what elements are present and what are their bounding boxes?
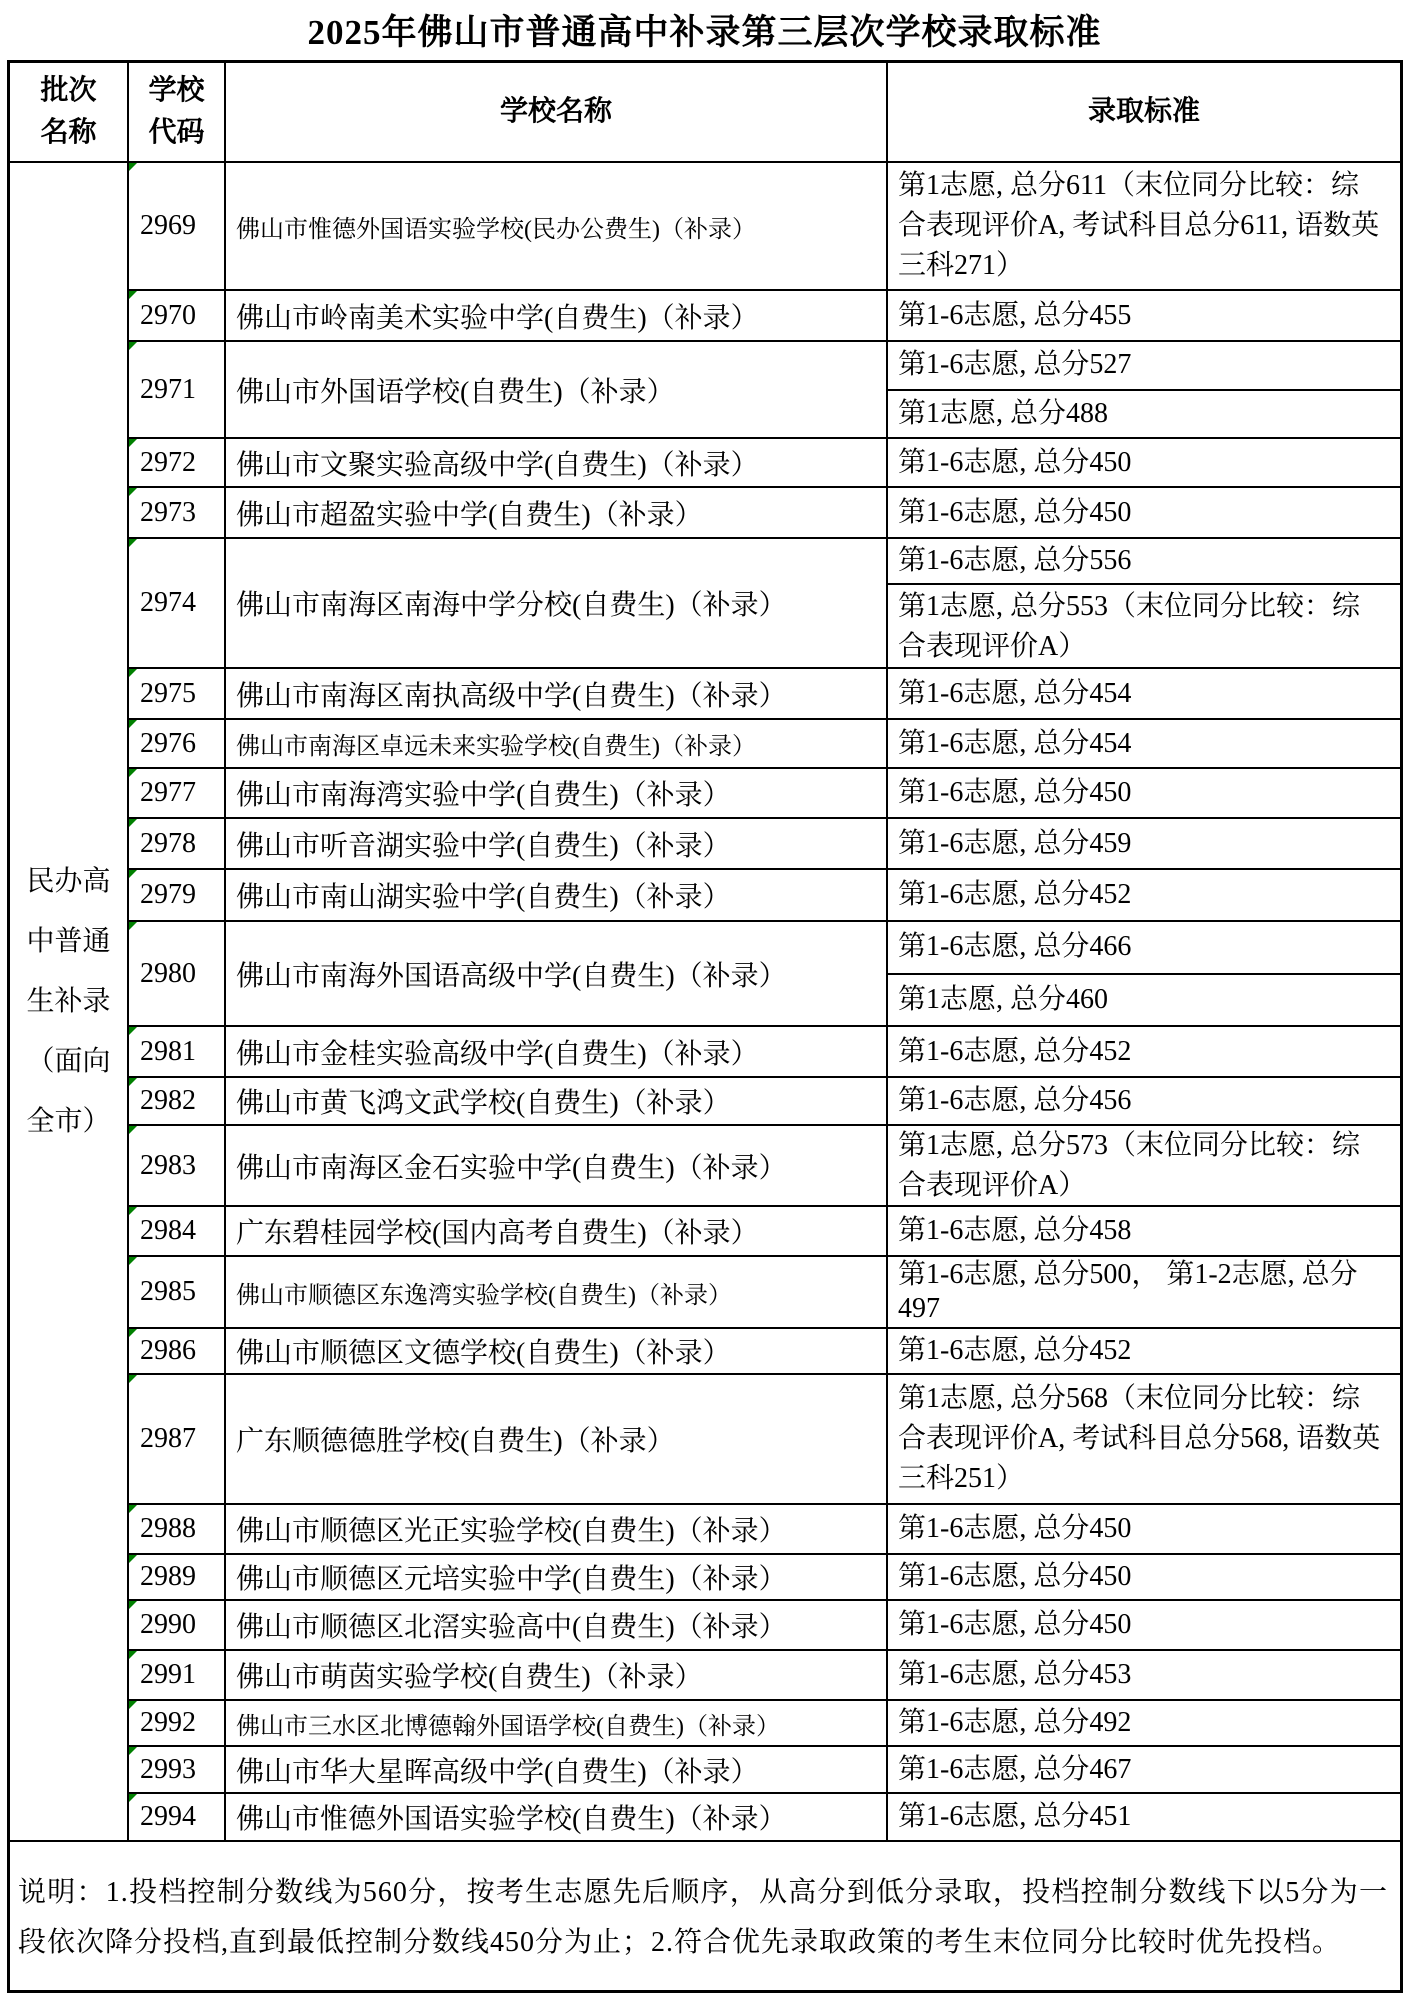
school-code-value: 2978 bbox=[140, 828, 196, 860]
cell-flag-icon bbox=[129, 342, 137, 350]
criteria-text: 第1志愿, 总分488 bbox=[888, 389, 1400, 438]
criteria-text: 第1-6志愿, 总分556 bbox=[888, 539, 1400, 583]
school-code-value: 2984 bbox=[140, 1215, 196, 1247]
school-name-cell: 佛山市南海区南执高级中学(自费生)（补录） bbox=[226, 669, 888, 718]
criteria-text: 第1-6志愿, 总分454 bbox=[888, 669, 1400, 718]
admission-criteria-cell: 第1-6志愿, 总分454 bbox=[888, 669, 1400, 718]
cell-flag-icon bbox=[129, 1747, 137, 1755]
table-row: 2983佛山市南海区金石实验中学(自费生)（补录）第1志愿, 总分573（末位同… bbox=[129, 1124, 1400, 1205]
school-code-value: 2990 bbox=[140, 1609, 196, 1641]
cell-flag-icon bbox=[129, 769, 137, 777]
cell-flag-icon bbox=[129, 1651, 137, 1659]
school-code-value: 2981 bbox=[140, 1036, 196, 1068]
school-code-cell: 2990 bbox=[129, 1601, 226, 1649]
school-code-value: 2971 bbox=[140, 374, 196, 406]
criteria-text: 第1志愿, 总分573（末位同分比较：综合表现评价A） bbox=[888, 1126, 1400, 1206]
school-code-value: 2977 bbox=[140, 777, 196, 809]
school-name-cell: 佛山市岭南美术实验中学(自费生)（补录） bbox=[226, 291, 888, 340]
admission-table: 批次 名称 学校 代码 学校名称 录取标准 民办高 中普通 生补录 （面向 全市… bbox=[7, 60, 1403, 1993]
page-title: 2025年佛山市普通高中补录第三层次学校录取标准 bbox=[0, 0, 1409, 60]
page: 2025年佛山市普通高中补录第三层次学校录取标准 批次 名称 学校 代码 学校名… bbox=[0, 0, 1409, 1993]
school-code-cell: 2992 bbox=[129, 1701, 226, 1745]
admission-criteria-cell: 第1-6志愿, 总分459 bbox=[888, 819, 1400, 868]
school-code-cell: 2972 bbox=[129, 439, 226, 486]
school-code-value: 2982 bbox=[140, 1085, 196, 1117]
criteria-text: 第1志愿, 总分568（末位同分比较：综合表现评价A, 考试科目总分568, 语… bbox=[888, 1375, 1400, 1503]
admission-criteria-cell: 第1-6志愿, 总分455 bbox=[888, 291, 1400, 340]
table-header-row: 批次 名称 学校 代码 学校名称 录取标准 bbox=[10, 63, 1400, 163]
school-name-cell: 佛山市听音湖实验中学(自费生)（补录） bbox=[226, 819, 888, 868]
school-code-value: 2969 bbox=[140, 210, 196, 242]
school-name-cell: 佛山市顺德区东逸湾实验学校(自费生)（补录） bbox=[226, 1257, 888, 1327]
school-code-value: 2985 bbox=[140, 1276, 196, 1308]
school-code-cell: 2974 bbox=[129, 539, 226, 667]
school-name-cell: 佛山市超盈实验中学(自费生)（补录） bbox=[226, 488, 888, 537]
criteria-text: 第1-6志愿, 总分452 bbox=[888, 1329, 1400, 1373]
header-batch-name: 批次 名称 bbox=[10, 63, 129, 161]
cell-flag-icon bbox=[129, 819, 137, 827]
school-code-cell: 2985 bbox=[129, 1257, 226, 1327]
school-code-value: 2975 bbox=[140, 678, 196, 710]
admission-criteria-cell: 第1-6志愿, 总分454 bbox=[888, 720, 1400, 767]
school-code-cell: 2991 bbox=[129, 1651, 226, 1699]
table-row: 2977佛山市南海湾实验中学(自费生)（补录）第1-6志愿, 总分450 bbox=[129, 767, 1400, 817]
admission-criteria-cell: 第1-6志愿, 总分556第1志愿, 总分553（末位同分比较：综合表现评价A） bbox=[888, 539, 1400, 667]
school-code-cell: 2976 bbox=[129, 720, 226, 767]
cell-flag-icon bbox=[129, 1207, 137, 1215]
cell-flag-icon bbox=[129, 163, 137, 171]
table-row: 2975佛山市南海区南执高级中学(自费生)（补录）第1-6志愿, 总分454 bbox=[129, 667, 1400, 718]
admission-criteria-cell: 第1-6志愿, 总分450 bbox=[888, 1555, 1400, 1599]
admission-criteria-cell: 第1-6志愿, 总分450 bbox=[888, 1505, 1400, 1553]
cell-flag-icon bbox=[129, 1078, 137, 1086]
cell-flag-icon bbox=[129, 669, 137, 677]
criteria-text: 第1-6志愿, 总分467 bbox=[888, 1747, 1400, 1792]
school-name-cell: 佛山市南海湾实验中学(自费生)（补录） bbox=[226, 769, 888, 817]
school-name-cell: 佛山市萌茵实验学校(自费生)（补录） bbox=[226, 1651, 888, 1699]
school-code-value: 2983 bbox=[140, 1150, 196, 1182]
table-row: 2981佛山市金桂实验高级中学(自费生)（补录）第1-6志愿, 总分452 bbox=[129, 1025, 1400, 1076]
cell-flag-icon bbox=[129, 1555, 137, 1563]
criteria-text: 第1-6志愿, 总分454 bbox=[888, 720, 1400, 767]
school-code-value: 2989 bbox=[140, 1561, 196, 1593]
criteria-text: 第1-6志愿, 总分450 bbox=[888, 769, 1400, 817]
table-row: 2988佛山市顺德区光正实验学校(自费生)（补录）第1-6志愿, 总分450 bbox=[129, 1503, 1400, 1553]
criteria-text: 第1-6志愿, 总分450 bbox=[888, 1601, 1400, 1649]
cell-flag-icon bbox=[129, 1375, 137, 1383]
cell-flag-icon bbox=[129, 1257, 137, 1265]
criteria-text: 第1-6志愿, 总分456 bbox=[888, 1078, 1400, 1124]
cell-flag-icon bbox=[129, 1329, 137, 1337]
admission-criteria-cell: 第1-6志愿, 总分452 bbox=[888, 1027, 1400, 1076]
criteria-text: 第1-6志愿, 总分452 bbox=[888, 870, 1400, 920]
admission-criteria-cell: 第1志愿, 总分568（末位同分比较：综合表现评价A, 考试科目总分568, 语… bbox=[888, 1375, 1400, 1503]
admission-criteria-cell: 第1-6志愿, 总分527第1志愿, 总分488 bbox=[888, 342, 1400, 437]
school-code-cell: 2983 bbox=[129, 1126, 226, 1205]
school-code-value: 2988 bbox=[140, 1513, 196, 1545]
table-row: 2984广东碧桂园学校(国内高考自费生)（补录）第1-6志愿, 总分458 bbox=[129, 1205, 1400, 1255]
criteria-text: 第1志愿, 总分553（末位同分比较：综合表现评价A） bbox=[888, 583, 1400, 669]
school-code-cell: 2994 bbox=[129, 1794, 226, 1840]
admission-criteria-cell: 第1-6志愿, 总分452 bbox=[888, 1329, 1400, 1373]
header-admission-criteria: 录取标准 bbox=[888, 63, 1400, 161]
admission-criteria-cell: 第1-6志愿, 总分451 bbox=[888, 1794, 1400, 1840]
table-row: 2989佛山市顺德区元培实验中学(自费生)（补录）第1-6志愿, 总分450 bbox=[129, 1553, 1400, 1599]
table-row: 2980佛山市南海外国语高级中学(自费生)（补录）第1-6志愿, 总分466第1… bbox=[129, 920, 1400, 1025]
table-row: 2987广东顺德德胜学校(自费生)（补录）第1志愿, 总分568（末位同分比较：… bbox=[129, 1373, 1400, 1503]
admission-criteria-cell: 第1-6志愿, 总分466第1志愿, 总分460 bbox=[888, 922, 1400, 1025]
cell-flag-icon bbox=[129, 291, 137, 299]
school-name-cell: 佛山市顺德区文德学校(自费生)（补录） bbox=[226, 1329, 888, 1373]
criteria-text: 第1-6志愿, 总分450 bbox=[888, 1505, 1400, 1553]
admission-criteria-cell: 第1-6志愿, 总分450 bbox=[888, 1601, 1400, 1649]
school-code-value: 2993 bbox=[140, 1754, 196, 1786]
cell-flag-icon bbox=[129, 439, 137, 447]
criteria-text: 第1志愿, 总分460 bbox=[888, 973, 1400, 1026]
school-name-cell: 佛山市南海区金石实验中学(自费生)（补录） bbox=[226, 1126, 888, 1205]
criteria-text: 第1-6志愿, 总分453 bbox=[888, 1651, 1400, 1699]
footnote: 说明：1.投档控制分数线为560分，按考生志愿先后顺序，从高分到低分录取，投档控… bbox=[10, 1840, 1400, 1990]
admission-criteria-cell: 第1-6志愿, 总分492 bbox=[888, 1701, 1400, 1745]
school-name-cell: 佛山市华大星晖高级中学(自费生)（补录） bbox=[226, 1747, 888, 1792]
school-name-cell: 佛山市金桂实验高级中学(自费生)（补录） bbox=[226, 1027, 888, 1076]
school-code-value: 2987 bbox=[140, 1423, 196, 1455]
school-code-value: 2973 bbox=[140, 497, 196, 529]
school-code-cell: 2969 bbox=[129, 163, 226, 289]
admission-criteria-cell: 第1-6志愿, 总分450 bbox=[888, 439, 1400, 486]
admission-criteria-cell: 第1-6志愿, 总分450 bbox=[888, 488, 1400, 537]
admission-criteria-cell: 第1-6志愿, 总分452 bbox=[888, 870, 1400, 920]
school-code-cell: 2977 bbox=[129, 769, 226, 817]
criteria-text: 第1-6志愿, 总分451 bbox=[888, 1794, 1400, 1840]
cell-flag-icon bbox=[129, 870, 137, 878]
school-code-cell: 2980 bbox=[129, 922, 226, 1025]
school-name-cell: 佛山市南山湖实验中学(自费生)（补录） bbox=[226, 870, 888, 920]
cell-flag-icon bbox=[129, 1126, 137, 1134]
school-name-cell: 佛山市南海外国语高级中学(自费生)（补录） bbox=[226, 922, 888, 1025]
school-code-value: 2994 bbox=[140, 1801, 196, 1833]
table-row: 2993佛山市华大星晖高级中学(自费生)（补录）第1-6志愿, 总分467 bbox=[129, 1745, 1400, 1792]
criteria-text: 第1-6志愿, 总分452 bbox=[888, 1027, 1400, 1076]
table-row: 2971佛山市外国语学校(自费生)（补录）第1-6志愿, 总分527第1志愿, … bbox=[129, 340, 1400, 437]
table-row: 2970佛山市岭南美术实验中学(自费生)（补录）第1-6志愿, 总分455 bbox=[129, 289, 1400, 340]
table-row: 2976佛山市南海区卓远未来实验学校(自费生)（补录）第1-6志愿, 总分454 bbox=[129, 718, 1400, 767]
table-row: 2985佛山市顺德区东逸湾实验学校(自费生)（补录）第1-6志愿, 总分500，… bbox=[129, 1255, 1400, 1327]
criteria-text: 第1-6志愿, 总分458 bbox=[888, 1207, 1400, 1255]
school-code-cell: 2975 bbox=[129, 669, 226, 718]
school-code-cell: 2973 bbox=[129, 488, 226, 537]
table-row: 2973佛山市超盈实验中学(自费生)（补录）第1-6志愿, 总分450 bbox=[129, 486, 1400, 537]
school-code-cell: 2988 bbox=[129, 1505, 226, 1553]
school-code-cell: 2987 bbox=[129, 1375, 226, 1503]
table-row: 2972佛山市文聚实验高级中学(自费生)（补录）第1-6志愿, 总分450 bbox=[129, 437, 1400, 486]
school-code-cell: 2986 bbox=[129, 1329, 226, 1373]
school-code-cell: 2970 bbox=[129, 291, 226, 340]
school-code-cell: 2989 bbox=[129, 1555, 226, 1599]
cell-flag-icon bbox=[129, 1701, 137, 1709]
school-name-cell: 佛山市外国语学校(自费生)（补录） bbox=[226, 342, 888, 437]
school-code-cell: 2971 bbox=[129, 342, 226, 437]
table-row: 2990佛山市顺德区北滘实验高中(自费生)（补录）第1-6志愿, 总分450 bbox=[129, 1599, 1400, 1649]
criteria-text: 第1-6志愿, 总分450 bbox=[888, 439, 1400, 486]
criteria-text: 第1-6志愿, 总分450 bbox=[888, 1555, 1400, 1599]
school-name-cell: 佛山市惟德外国语实验学校(自费生)（补录） bbox=[226, 1794, 888, 1840]
admission-criteria-cell: 第1-6志愿, 总分453 bbox=[888, 1651, 1400, 1699]
table-row: 2974佛山市南海区南海中学分校(自费生)（补录）第1-6志愿, 总分556第1… bbox=[129, 537, 1400, 667]
table-row: 2969佛山市惟德外国语实验学校(民办公费生)（补录）第1志愿, 总分611（末… bbox=[129, 163, 1400, 289]
school-name-cell: 广东顺德德胜学校(自费生)（补录） bbox=[226, 1375, 888, 1503]
school-code-cell: 2982 bbox=[129, 1078, 226, 1124]
admission-criteria-cell: 第1-6志愿, 总分458 bbox=[888, 1207, 1400, 1255]
table-row: 2978佛山市听音湖实验中学(自费生)（补录）第1-6志愿, 总分459 bbox=[129, 817, 1400, 868]
school-name-cell: 佛山市顺德区元培实验中学(自费生)（补录） bbox=[226, 1555, 888, 1599]
school-code-value: 2992 bbox=[140, 1707, 196, 1739]
school-code-value: 2974 bbox=[140, 587, 196, 619]
table-row: 2991佛山市萌茵实验学校(自费生)（补录）第1-6志愿, 总分453 bbox=[129, 1649, 1400, 1699]
school-code-cell: 2978 bbox=[129, 819, 226, 868]
admission-criteria-cell: 第1-6志愿, 总分450 bbox=[888, 769, 1400, 817]
table-row: 2986佛山市顺德区文德学校(自费生)（补录）第1-6志愿, 总分452 bbox=[129, 1327, 1400, 1373]
school-code-cell: 2984 bbox=[129, 1207, 226, 1255]
school-code-value: 2970 bbox=[140, 300, 196, 332]
school-code-value: 2986 bbox=[140, 1335, 196, 1367]
criteria-text: 第1-6志愿, 总分455 bbox=[888, 291, 1400, 340]
school-code-value: 2976 bbox=[140, 728, 196, 760]
school-name-cell: 佛山市文聚实验高级中学(自费生)（补录） bbox=[226, 439, 888, 486]
school-code-cell: 2993 bbox=[129, 1747, 226, 1792]
table-row: 2982佛山市黄飞鸿文武学校(自费生)（补录）第1-6志愿, 总分456 bbox=[129, 1076, 1400, 1124]
school-code-value: 2979 bbox=[140, 879, 196, 911]
school-name-cell: 佛山市三水区北博德翰外国语学校(自费生)（补录） bbox=[226, 1701, 888, 1745]
admission-criteria-cell: 第1-6志愿, 总分467 bbox=[888, 1747, 1400, 1792]
criteria-text: 第1-6志愿, 总分492 bbox=[888, 1701, 1400, 1745]
criteria-text: 第1-6志愿, 总分500， 第1-2志愿, 总分497 bbox=[888, 1257, 1400, 1327]
cell-flag-icon bbox=[129, 922, 137, 930]
cell-flag-icon bbox=[129, 539, 137, 547]
table-body: 民办高 中普通 生补录 （面向 全市） 2969佛山市惟德外国语实验学校(民办公… bbox=[10, 163, 1400, 1840]
school-code-cell: 2981 bbox=[129, 1027, 226, 1076]
admission-criteria-cell: 第1志愿, 总分573（末位同分比较：综合表现评价A） bbox=[888, 1126, 1400, 1205]
admission-criteria-cell: 第1-6志愿, 总分500， 第1-2志愿, 总分497 bbox=[888, 1257, 1400, 1327]
school-code-cell: 2979 bbox=[129, 870, 226, 920]
school-name-cell: 佛山市南海区卓远未来实验学校(自费生)（补录） bbox=[226, 720, 888, 767]
school-name-cell: 佛山市南海区南海中学分校(自费生)（补录） bbox=[226, 539, 888, 667]
table-row: 2979佛山市南山湖实验中学(自费生)（补录）第1-6志愿, 总分452 bbox=[129, 868, 1400, 920]
school-name-cell: 佛山市顺德区北滘实验高中(自费生)（补录） bbox=[226, 1601, 888, 1649]
cell-flag-icon bbox=[129, 1027, 137, 1035]
table-row: 2994佛山市惟德外国语实验学校(自费生)（补录）第1-6志愿, 总分451 bbox=[129, 1792, 1400, 1840]
school-name-cell: 佛山市惟德外国语实验学校(民办公费生)（补录） bbox=[226, 163, 888, 289]
admission-criteria-cell: 第1-6志愿, 总分456 bbox=[888, 1078, 1400, 1124]
header-school-code: 学校 代码 bbox=[129, 63, 226, 161]
criteria-text: 第1-6志愿, 总分450 bbox=[888, 488, 1400, 537]
criteria-text: 第1志愿, 总分611（末位同分比较：综合表现评价A, 考试科目总分611, 语… bbox=[888, 163, 1400, 289]
table-row: 2992佛山市三水区北博德翰外国语学校(自费生)（补录）第1-6志愿, 总分49… bbox=[129, 1699, 1400, 1745]
criteria-text: 第1-6志愿, 总分466 bbox=[888, 922, 1400, 973]
cell-flag-icon bbox=[129, 1601, 137, 1609]
school-name-cell: 广东碧桂园学校(国内高考自费生)（补录） bbox=[226, 1207, 888, 1255]
cell-flag-icon bbox=[129, 488, 137, 496]
cell-flag-icon bbox=[129, 720, 137, 728]
school-name-cell: 佛山市黄飞鸿文武学校(自费生)（补录） bbox=[226, 1078, 888, 1124]
school-code-value: 2972 bbox=[140, 447, 196, 479]
criteria-text: 第1-6志愿, 总分527 bbox=[888, 342, 1400, 389]
cell-flag-icon bbox=[129, 1505, 137, 1513]
batch-name-cell: 民办高 中普通 生补录 （面向 全市） bbox=[10, 163, 129, 1840]
table-body-rows: 2969佛山市惟德外国语实验学校(民办公费生)（补录）第1志愿, 总分611（末… bbox=[129, 163, 1400, 1840]
criteria-text: 第1-6志愿, 总分459 bbox=[888, 819, 1400, 868]
cell-flag-icon bbox=[129, 1794, 137, 1802]
header-school-name: 学校名称 bbox=[226, 63, 888, 161]
school-name-cell: 佛山市顺德区光正实验学校(自费生)（补录） bbox=[226, 1505, 888, 1553]
school-code-value: 2980 bbox=[140, 958, 196, 990]
admission-criteria-cell: 第1志愿, 总分611（末位同分比较：综合表现评价A, 考试科目总分611, 语… bbox=[888, 163, 1400, 289]
school-code-value: 2991 bbox=[140, 1659, 196, 1691]
